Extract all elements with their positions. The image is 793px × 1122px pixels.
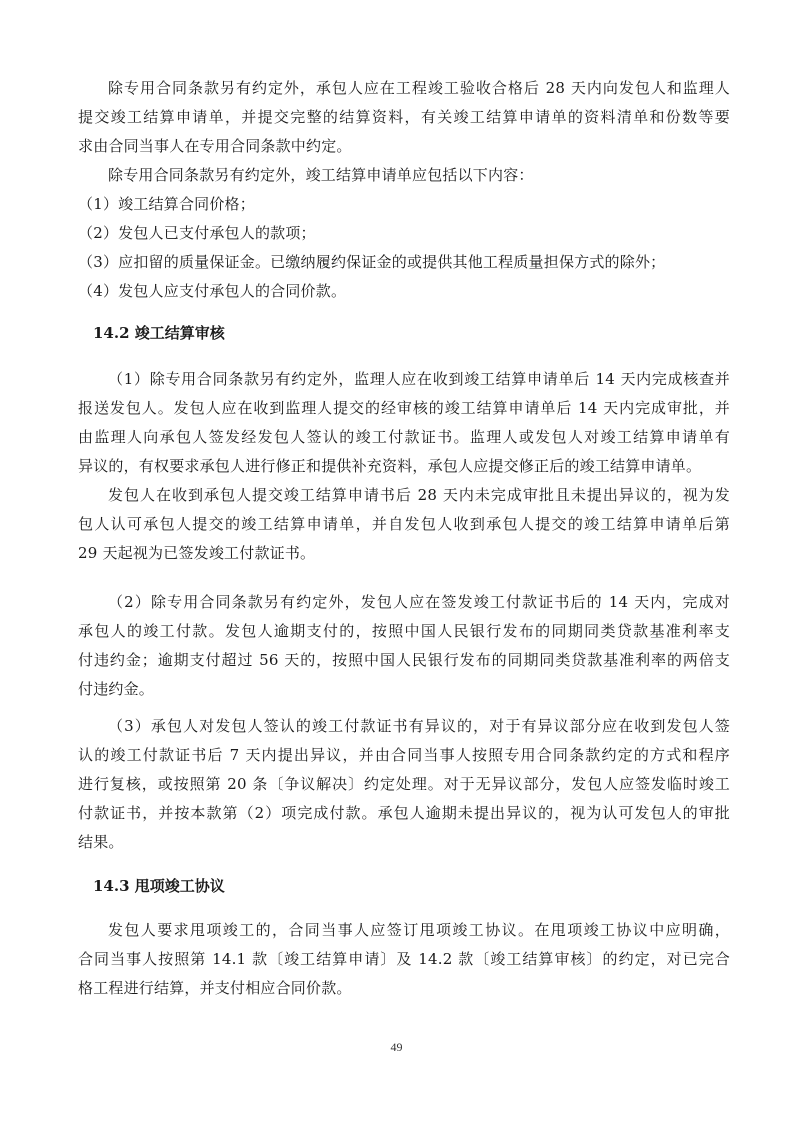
list-item: （4）发包人应支付承包人的合同价款。 xyxy=(78,281,730,301)
paragraph-line: （3）承包人对发包人签认的竣工付款证书有异议的，对于有异议部分应在收到发包人签 xyxy=(108,716,730,736)
paragraph-line: 由监理人向承包人签发经发包人签认的竣工付款证书。监理人或发包人对竣工结算申请单有 xyxy=(78,427,730,447)
paragraph-line: （1）除专用合同条款另有约定外，监理人应在收到竣工结算申请单后 14 天内完成核… xyxy=(108,369,730,389)
paragraph-line: 报送发包人。发包人应在收到监理人提交的经审核的竣工结算申请单后 14 天内完成审… xyxy=(78,398,730,418)
paragraph-line: 付款证书，并按本款第（2）项完成付款。承包人逾期未提出异议的，视为认可发包人的审… xyxy=(78,803,730,823)
list-item: （3）应扣留的质量保证金。已缴纳履约保证金的或提供其他工程质量担保方式的除外； xyxy=(78,252,730,272)
list-item: （1）竣工结算合同价格； xyxy=(78,194,730,214)
paragraph-line: 格工程进行结算，并支付相应合同价款。 xyxy=(78,978,730,998)
paragraph-line: 29 天起视为已签发竣工付款证书。 xyxy=(78,543,730,563)
section-heading: 14.2 竣工结算审核 xyxy=(93,323,225,343)
paragraph-line: 除专用合同条款另有约定外，承包人应在工程竣工验收合格后 28 天内向发包人和监理… xyxy=(108,78,730,98)
paragraph-line: 发包人在收到承包人提交竣工结算申请书后 28 天内未完成审批且未提出异议的，视为… xyxy=(108,485,730,505)
paragraph-line: （2）除专用合同条款另有约定外，发包人应在签发竣工付款证书后的 14 天内，完成… xyxy=(108,592,730,612)
paragraph-line: 付违约金；逾期支付超过 56 天的，按照中国人民银行发布的同期同类贷款基准利率的… xyxy=(78,650,730,670)
paragraph-line: 发包人要求甩项竣工的，合同当事人应签订甩项竣工协议。在甩项竣工协议中应明确， xyxy=(108,920,730,940)
paragraph-line: 提交竣工结算申请单，并提交完整的结算资料，有关竣工结算申请单的资料清单和份数等要 xyxy=(78,107,730,127)
paragraph-line: 结果。 xyxy=(78,832,730,852)
document-page: 除专用合同条款另有约定外，承包人应在工程竣工验收合格后 28 天内向发包人和监理… xyxy=(0,0,793,1122)
list-item: （2）发包人已支付承包人的款项； xyxy=(78,223,730,243)
paragraph-line: 承包人的竣工付款。发包人逾期支付的，按照中国人民银行发布的同期同类贷款基准利率支 xyxy=(78,621,730,641)
paragraph-line: 付违约金。 xyxy=(78,679,730,699)
paragraph-line: 除专用合同条款另有约定外，竣工结算申请单应包括以下内容： xyxy=(108,165,730,185)
paragraph-line: 包人认可承包人提交的竣工结算申请单，并自发包人收到承包人提交的竣工结算申请单后第 xyxy=(78,514,730,534)
section-heading: 14.3 甩项竣工协议 xyxy=(93,876,225,896)
paragraph-line: 合同当事人按照第 14.1 款〔竣工结算申请〕及 14.2 款〔竣工结算审核〕的… xyxy=(78,949,730,969)
paragraph-line: 异议的，有权要求承包人进行修正和提供补充资料，承包人应提交修正后的竣工结算申请单… xyxy=(78,456,730,476)
paragraph-line: 求由合同当事人在专用合同条款中约定。 xyxy=(78,136,730,156)
paragraph-line: 进行复核，或按照第 20 条〔争议解决〕约定处理。对于无异议部分，发包人应签发临… xyxy=(78,774,730,794)
page-number: 49 xyxy=(0,1040,793,1055)
paragraph-line: 认的竣工付款证书后 7 天内提出异议，并由合同当事人按照专用合同条款约定的方式和… xyxy=(78,745,730,765)
